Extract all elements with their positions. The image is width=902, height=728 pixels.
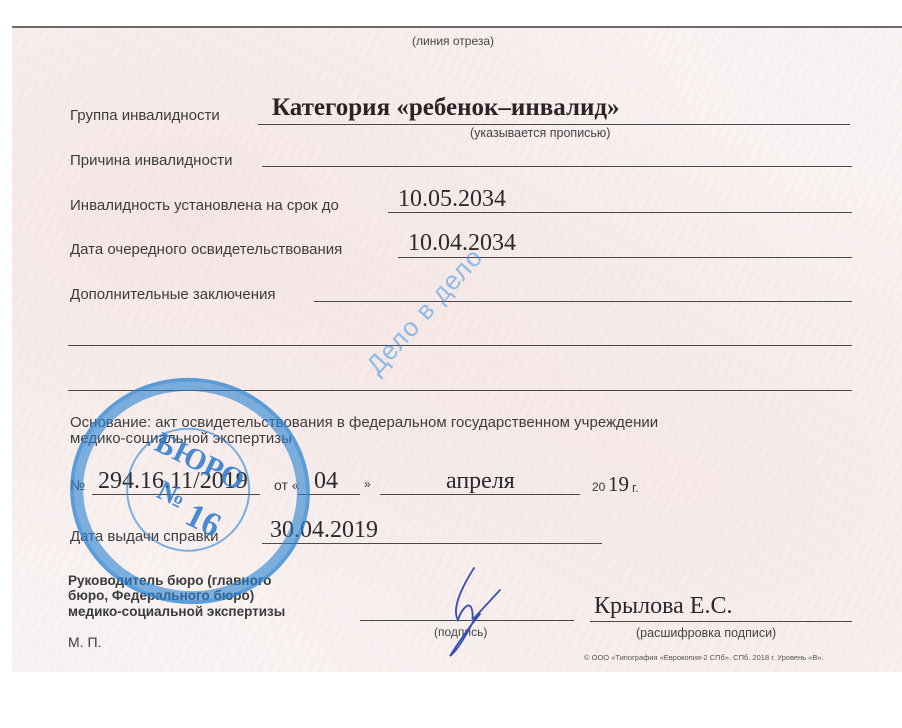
disability-cause-line [262,166,852,167]
disability-group-value: Категория «ребенок–инвалид» [272,94,620,122]
signature-name-line [590,621,852,622]
signatory-name-hint: (расшифровка подписи) [636,626,776,640]
act-year-prefix: 20 [592,480,605,494]
next-examination-label: Дата очередного освидетельствования [70,241,342,258]
additional-conclusions-line-2 [68,345,852,346]
additional-conclusions-label: Дополнительные заключения [70,286,275,303]
signatory-title-line-3: медико-социальной экспертизы [68,604,285,619]
seal-place-label: М. П. [68,634,101,650]
valid-until-value: 10.05.2034 [398,186,506,213]
act-day-close: » [364,477,371,491]
signatory-name: Крылова Е.С. [594,593,732,620]
act-year-unit: г. [632,480,639,495]
act-year-suffix: 19 [608,472,629,497]
disability-group-hint: (указывается прописью) [470,126,610,140]
act-day-value: 04 [314,468,338,495]
disability-group-line [258,124,850,125]
additional-conclusions-line-1 [314,301,852,302]
cut-line-label: (линия отреза) [412,34,494,48]
act-month-value: апреля [446,468,515,495]
printer-imprint: © ООО «Типография «Еврокопия-2 СПб». СПб… [584,653,824,662]
signature-mark-icon [440,560,520,660]
valid-until-label: Инвалидность установлена на срок до [70,197,339,214]
disability-group-label: Группа инвалидности [70,107,220,124]
disability-cause-label: Причина инвалидности [70,152,233,169]
